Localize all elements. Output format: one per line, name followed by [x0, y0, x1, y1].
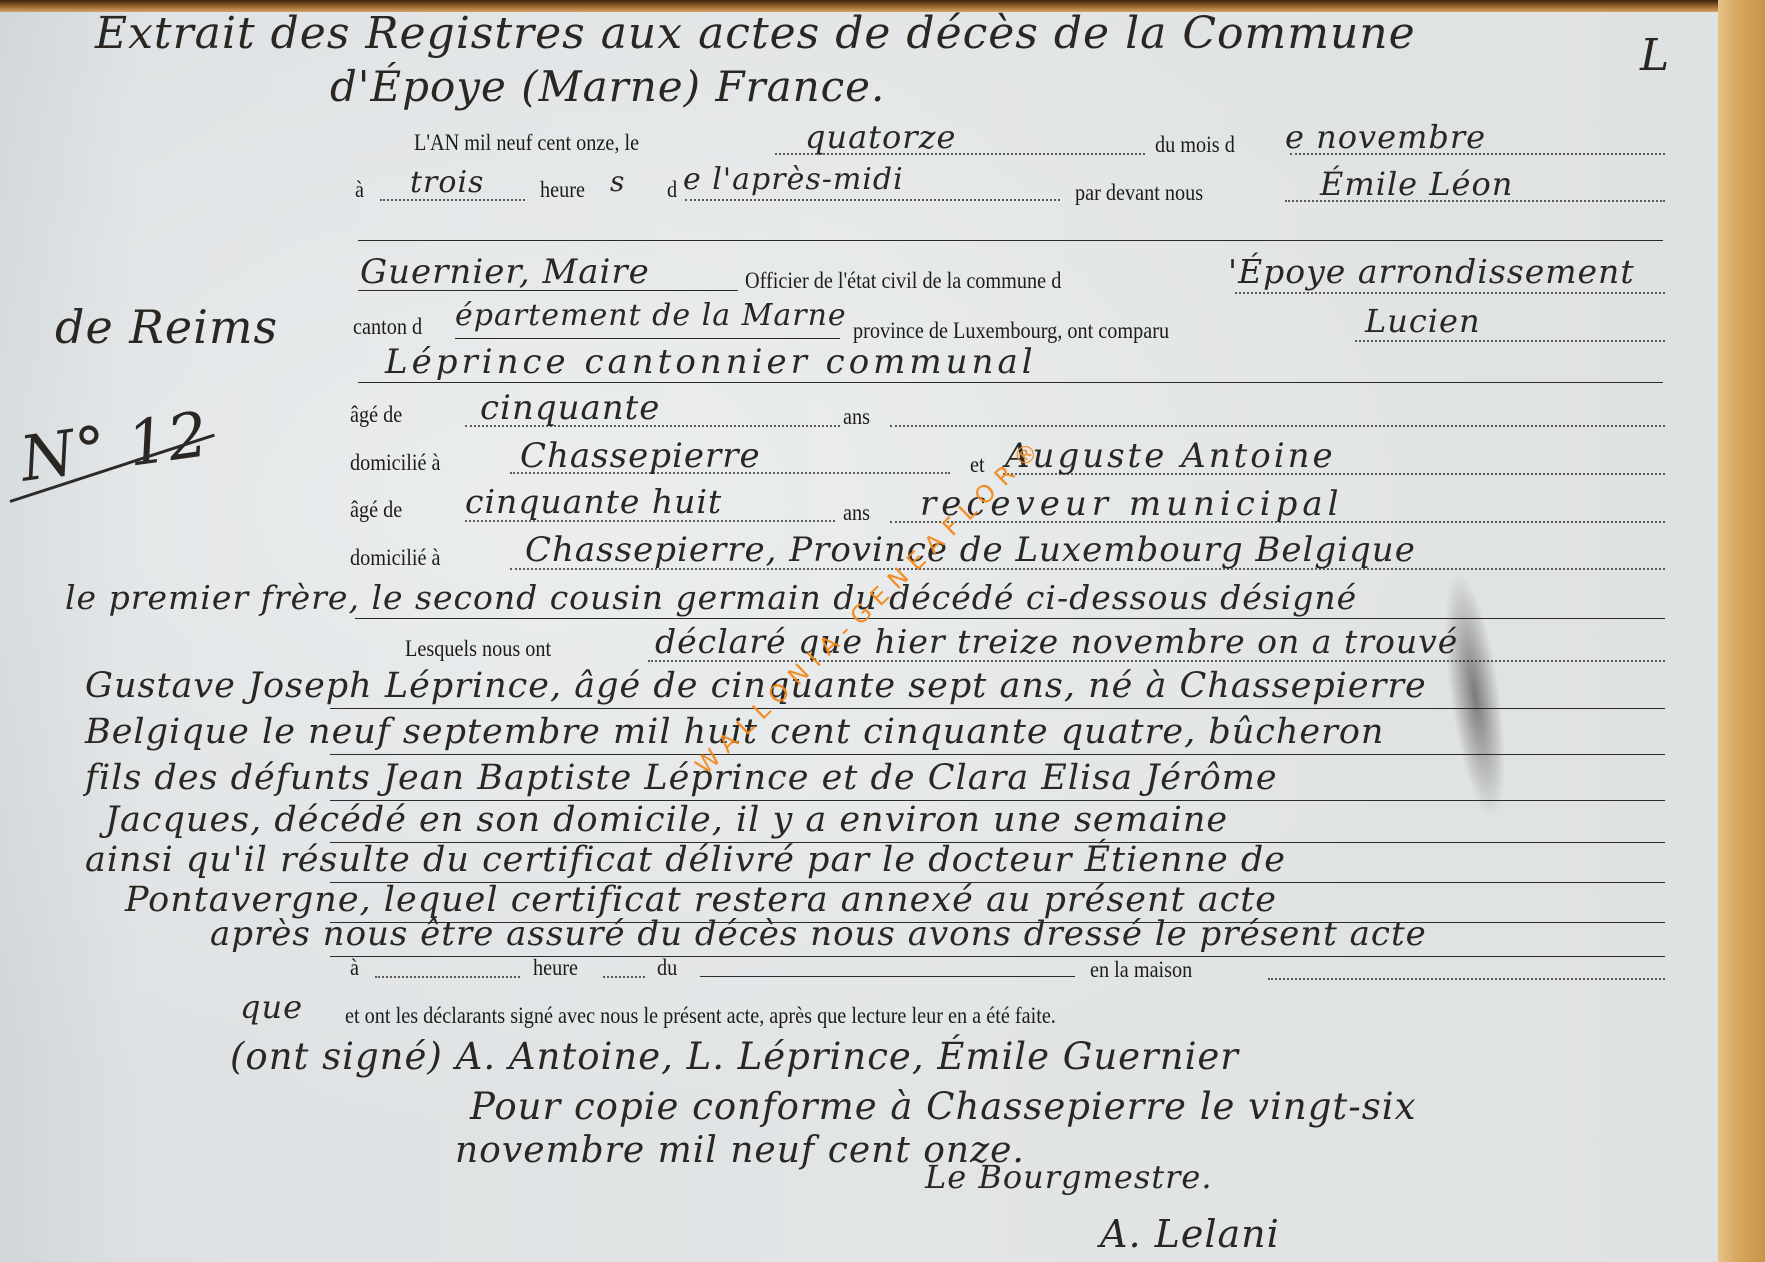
field-line — [455, 338, 840, 339]
field-officer-surname: Guernier, Maire — [360, 252, 650, 292]
printed-par-devant: par devant nous — [1075, 180, 1203, 206]
field-day: quatorze — [805, 118, 956, 156]
printed-et: et — [970, 452, 985, 478]
signatures-line: (ont signé) A. Antoine, L. Léprince, Émi… — [230, 1035, 1239, 1078]
printed-year-intro: L'AN mil neuf cent onze, le — [414, 130, 639, 156]
printed-heure-2: heure — [533, 955, 578, 981]
printed-a: à — [355, 177, 364, 203]
mayor-signature: A. Lelani — [1100, 1212, 1280, 1256]
margin-arrondissement: de Reims — [55, 300, 278, 354]
printed-a-2: à — [350, 955, 359, 981]
field-declarant2-name: Auguste Antoine — [1005, 436, 1336, 476]
field-canton: épartement de la Marne — [455, 298, 847, 333]
field-line — [358, 290, 738, 291]
field-declarant1-details: Léprince cantonnier communal — [385, 342, 1037, 382]
field-line — [685, 199, 1060, 201]
corner-mark: L — [1640, 30, 1670, 81]
field-line — [1268, 978, 1665, 980]
field-line — [700, 976, 1075, 977]
field-line — [358, 382, 1663, 383]
field-heure-suffix: s — [610, 165, 625, 198]
certification-line-1: Pour copie conforme à Chassepierre le vi… — [470, 1085, 1417, 1128]
closing-handwritten-prefix: que — [240, 988, 303, 1026]
field-line — [1355, 340, 1665, 342]
printed-officier: Officier de l'état civil de la commune d — [745, 268, 1061, 294]
field-line — [1235, 292, 1665, 294]
narrative-line-3: fils des défunts Jean Baptiste Léprince … — [85, 758, 1278, 798]
narrative-line-7: après nous être assuré du décès nous avo… — [210, 914, 1427, 954]
form-rule — [358, 240, 1663, 241]
printed-month-label: du mois d — [1155, 132, 1235, 158]
printed-domicile-2: domicilié à — [350, 545, 440, 571]
printed-age: âgé de — [350, 402, 402, 428]
field-declaration: déclaré que hier treize novembre on a tr… — [655, 622, 1458, 661]
printed-province: province de Luxembourg, ont comparu — [853, 318, 1169, 344]
field-period: e l'après-midi — [683, 162, 904, 197]
field-line — [330, 956, 1665, 957]
printed-ans-2: ans — [843, 500, 870, 526]
printed-ans: ans — [843, 404, 870, 430]
field-declarant2-age: cinquante huit — [465, 482, 722, 521]
relationship-text: le premier frère, le second cousin germa… — [65, 578, 1357, 617]
narrative-line-4: Jacques, décédé en son domicile, il y a … — [105, 800, 1228, 840]
field-line — [890, 425, 1665, 427]
header-line-1: Extrait des Registres aux actes de décès… — [95, 8, 1416, 59]
field-commune: 'Époye arrondissement — [1228, 252, 1635, 291]
printed-age-2: âgé de — [350, 497, 402, 523]
field-declarant1-age: cinquante — [480, 388, 660, 428]
printed-lesquels: Lesquels nous ont — [405, 636, 551, 662]
page-right-edge — [1718, 0, 1765, 1262]
closing-printed: et ont les déclarants signé avec nous le… — [345, 1003, 1056, 1029]
field-month: e novembre — [1285, 118, 1486, 156]
printed-domicile: domicilié à — [350, 450, 440, 476]
printed-du: du — [657, 955, 677, 981]
printed-heure: heure — [540, 177, 585, 203]
field-officer-name: Émile Léon — [1320, 165, 1513, 203]
narrative-line-5: ainsi qu'il résulte du certificat délivr… — [85, 840, 1286, 880]
certification-title: Le Bourgmestre. — [925, 1158, 1213, 1196]
printed-canton: canton d — [353, 314, 422, 340]
printed-d: d — [667, 177, 677, 203]
field-line — [603, 976, 645, 978]
field-declarant1-domicile: Chassepierre — [520, 436, 761, 476]
field-declarant1-first: Lucien — [1365, 302, 1481, 340]
field-hour: trois — [410, 165, 484, 200]
header-line-2: d'Époye (Marne) France. — [330, 62, 885, 111]
field-declarant2-domicile: Chassepierre, Province de Luxembourg Bel… — [525, 530, 1416, 570]
field-line — [375, 976, 520, 978]
printed-maison: en la maison — [1090, 957, 1192, 983]
